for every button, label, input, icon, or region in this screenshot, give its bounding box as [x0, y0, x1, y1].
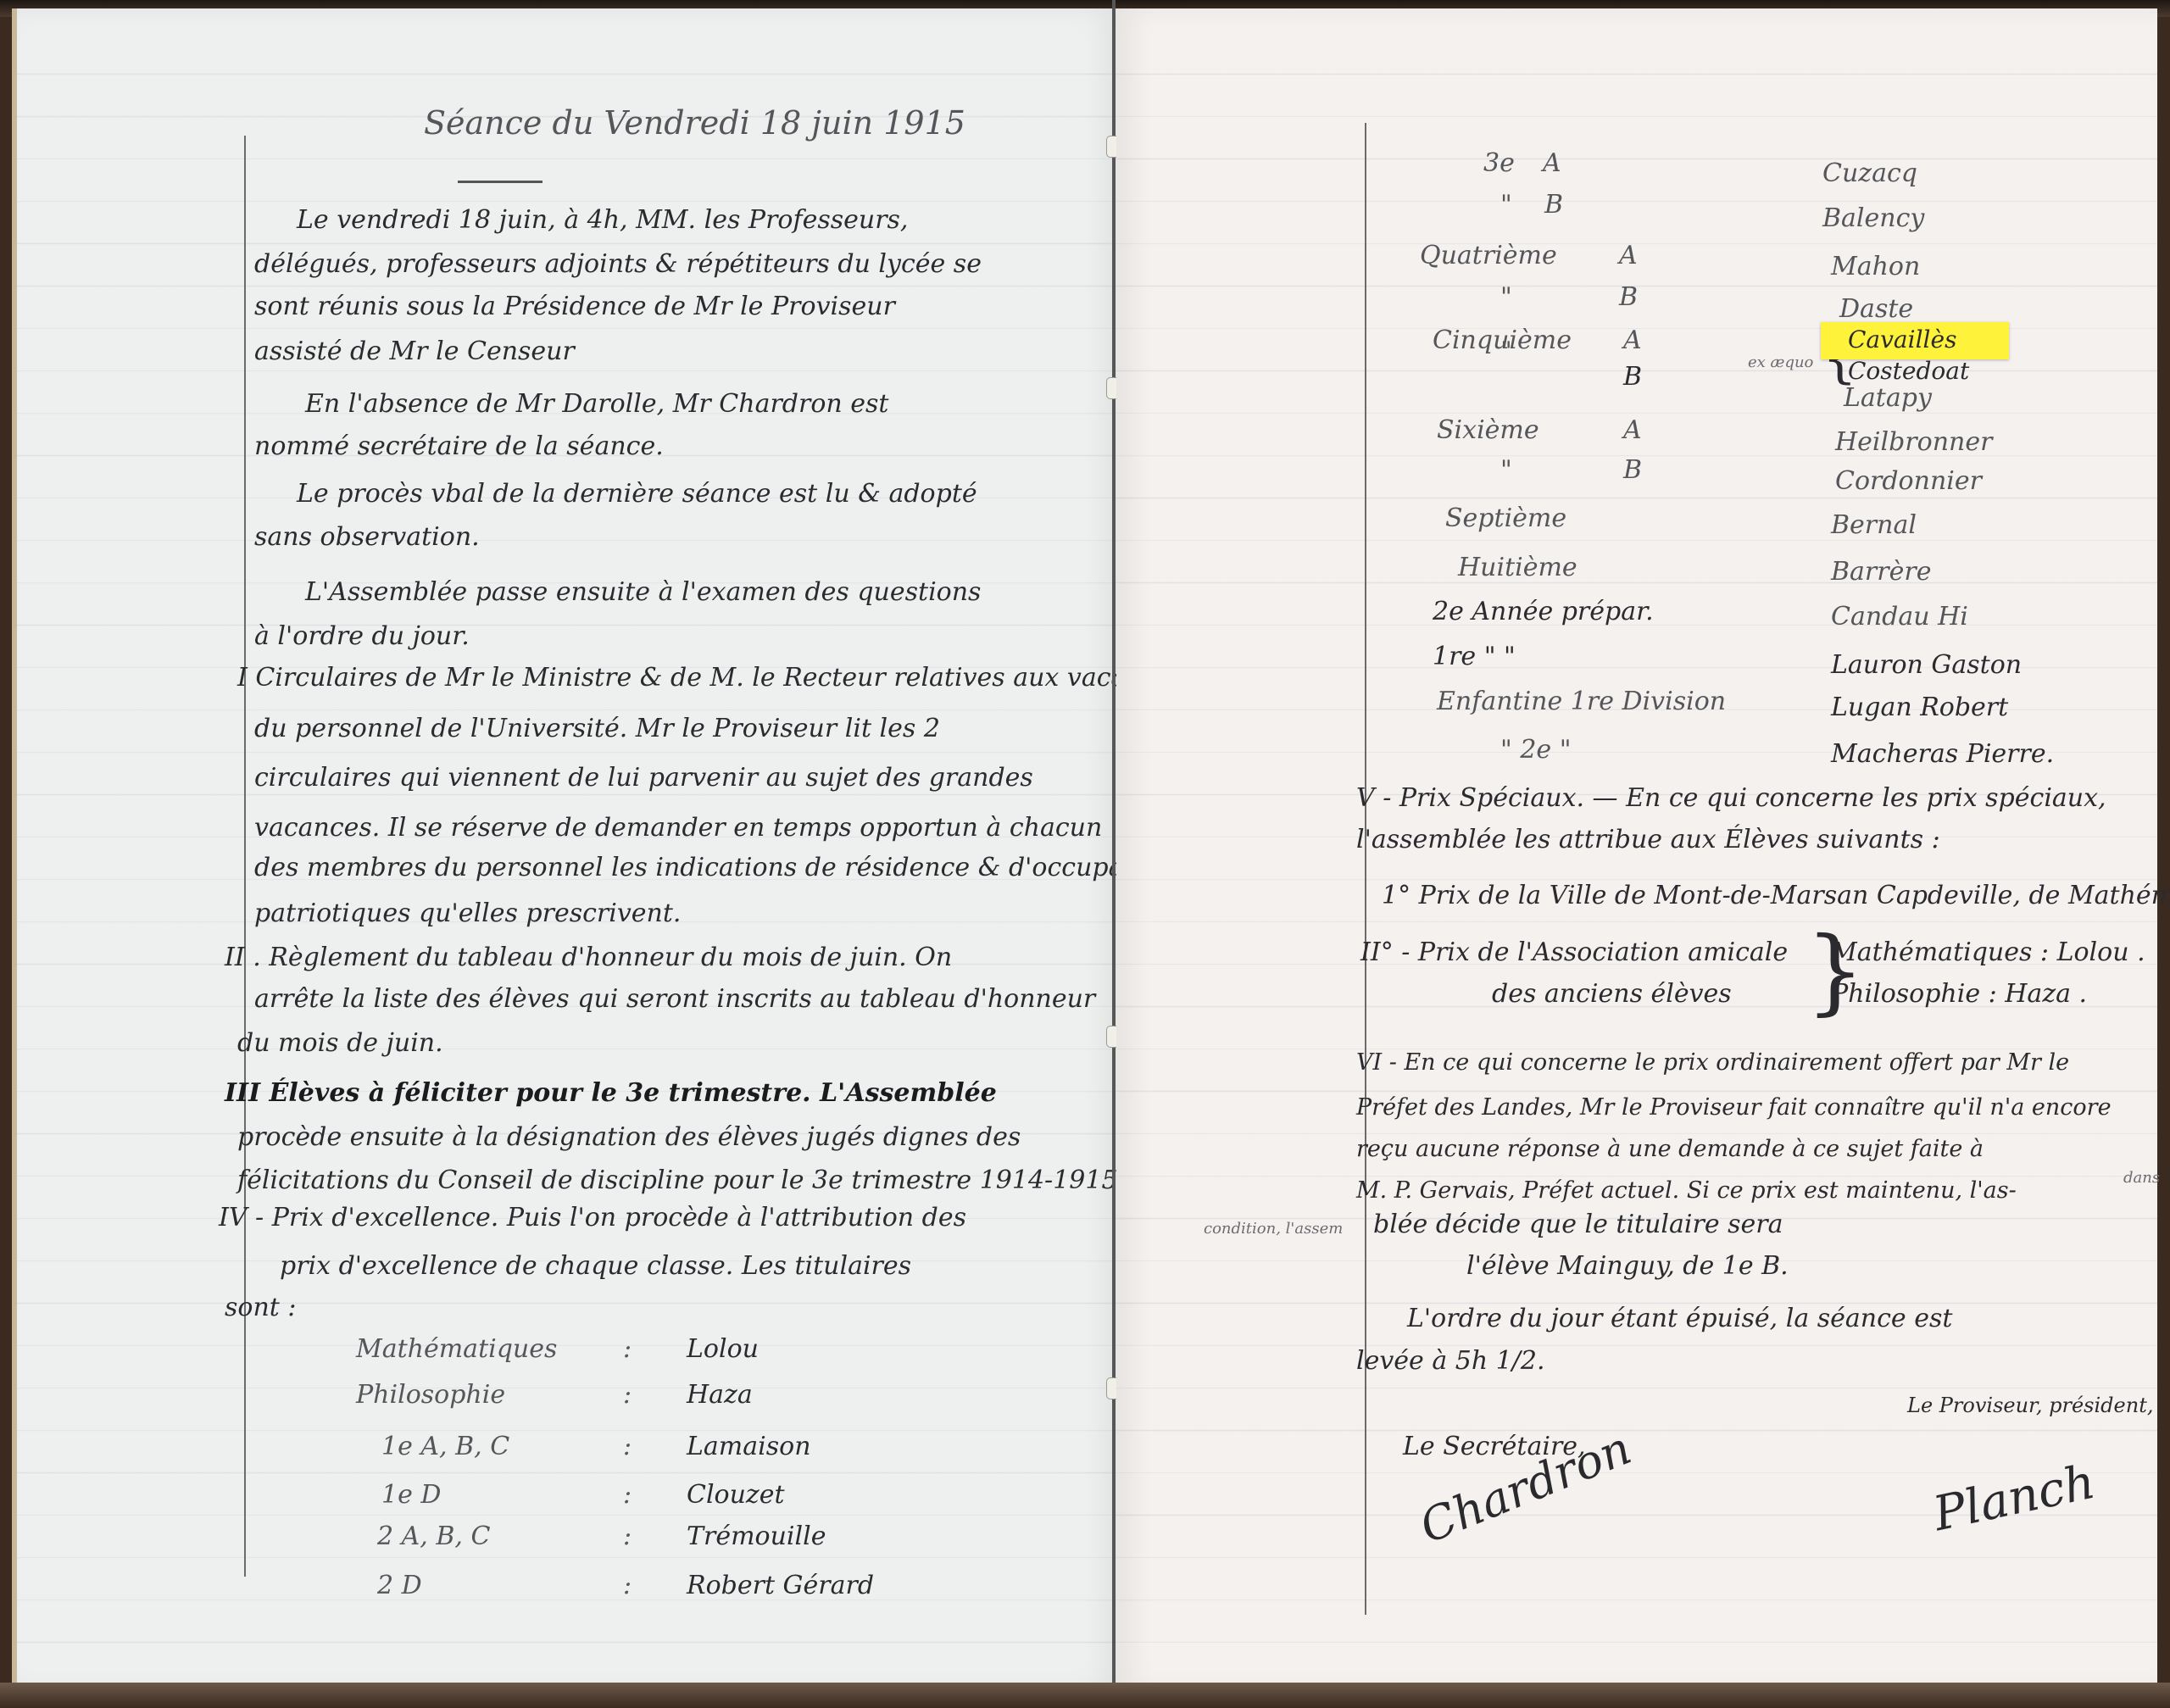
- section-letter: A: [1543, 147, 1561, 181]
- eleve-name: Lugan Robert: [1831, 691, 2008, 725]
- eleve-name: Candau Hi: [1831, 600, 1968, 634]
- eleve-name: Bernal: [1831, 509, 1917, 542]
- paragraph-line: du personnel de l'Université. Mr le Prov…: [254, 712, 940, 746]
- paragraph-line: En l'absence de Mr Darolle, Mr Chardron …: [305, 387, 888, 421]
- eleve-name: Cordonnier: [1835, 465, 1982, 498]
- paragraph-line: Préfet des Landes, Mr le Proviseur fait …: [1356, 1091, 2112, 1125]
- classe-label: ": [1500, 188, 1512, 222]
- section-letter: A: [1623, 324, 1642, 358]
- section-letter: A: [1623, 414, 1642, 448]
- section-letter: B: [1619, 281, 1638, 314]
- eleve-name: Haza: [687, 1378, 753, 1412]
- paragraph-line: blée décide que le titulaire sera: [1373, 1208, 1783, 1242]
- paragraph-line: assisté de Mr le Censeur: [254, 335, 575, 369]
- eleve-name: Trémouille: [687, 1520, 826, 1554]
- eleve-name: Mahon: [1831, 250, 1920, 284]
- exaequo-note: ex æquo: [1748, 346, 1813, 380]
- margin-note: condition, l'assem: [1204, 1212, 1343, 1246]
- paragraph-line: nommé secrétaire de la séance.: [254, 430, 664, 464]
- eleve-name-highlighted: Cavaillès: [1848, 323, 1956, 357]
- paragraph-line: arrête la liste des élèves qui seront in…: [254, 982, 1095, 1016]
- separator: :: [623, 1478, 632, 1512]
- eleve-name: Heilbronner: [1835, 426, 1992, 459]
- paragraph-line: circulaires qui viennent de lui parvenir…: [254, 761, 1033, 795]
- eleve-name: Macheras Pierre.: [1831, 737, 2054, 771]
- page-title: Séance du Vendredi 18 juin 1915: [424, 106, 965, 140]
- section-letter: B: [1623, 360, 1642, 394]
- classe-label: Mathématiques: [356, 1332, 557, 1366]
- section-letter: B: [1623, 453, 1642, 487]
- paragraph-line: Le vendredi 18 juin, à 4h, MM. les Profe…: [297, 203, 908, 237]
- president-label: Le Proviseur, président,: [1907, 1388, 2153, 1422]
- title-underline: [458, 181, 542, 183]
- paragraph-line: L'Assemblée passe ensuite à l'examen des…: [305, 576, 981, 609]
- section-heading-iv: IV - Prix d'excellence. Puis l'on procèd…: [219, 1201, 966, 1235]
- separator: :: [623, 1332, 632, 1366]
- classe-label: Septième: [1445, 502, 1566, 536]
- paragraph-line: reçu aucune réponse à une demande à ce s…: [1356, 1132, 1984, 1166]
- classe-label: 2e Année prépar.: [1433, 595, 1654, 629]
- paragraph-line: l'assemblée les attribue aux Élèves suiv…: [1356, 823, 1940, 857]
- classe-label: 3e: [1483, 147, 1515, 181]
- section-heading-i: I Circulaires de Mr le Ministre & de M. …: [237, 661, 1185, 695]
- separator: :: [623, 1378, 632, 1412]
- association-item: Philosophie : Haza .: [1831, 977, 2087, 1011]
- prix-association-label: II° - Prix de l'Association amicale: [1360, 936, 1788, 970]
- classe-label: Enfantine 1re Division: [1437, 685, 1726, 719]
- prix-ville-line: 1° Prix de la Ville de Mont-de-Marsan Ca…: [1382, 879, 2170, 913]
- paragraph-line: du mois de juin.: [237, 1026, 443, 1060]
- section-heading-v: V - Prix Spéciaux. — En ce qui concerne …: [1356, 782, 2106, 815]
- paragraph-line: M. P. Gervais, Préfet actuel. Si ce prix…: [1356, 1174, 2017, 1208]
- section-heading-iii: III Élèves à féliciter pour le 3e trimes…: [225, 1077, 997, 1110]
- classe-label: Philosophie: [356, 1378, 505, 1412]
- classe-label: ": [1500, 453, 1512, 487]
- paragraph-line: prix d'excellence de chaque classe. Les …: [280, 1249, 911, 1283]
- classe-label: Sixième: [1437, 414, 1539, 448]
- paragraph-line: sont réunis sous la Présidence de Mr le …: [254, 290, 895, 324]
- eleve-name: Robert Gérard: [687, 1569, 874, 1603]
- paragraph-line: patriotiques qu'elles prescrivent.: [254, 897, 681, 931]
- classe-label: " 2e ": [1500, 733, 1572, 767]
- eleve-name: Latapy: [1844, 381, 1932, 415]
- classe-label: Huitième: [1458, 551, 1577, 585]
- eleve-name: Lauron Gaston: [1831, 648, 2022, 682]
- eleve-name: Balency: [1822, 202, 1924, 236]
- association-item: Mathématiques : Lolou .: [1831, 936, 2145, 970]
- book-cover-bottom: [0, 1683, 2170, 1708]
- closing-line: levée à 5h 1/2.: [1356, 1344, 1545, 1378]
- left-page-margin-line: [244, 136, 246, 1577]
- margin-note-small: dans: [2123, 1161, 2160, 1195]
- prix-association-label: des anciens élèves: [1492, 977, 1732, 1011]
- eleve-name: Lolou: [687, 1332, 759, 1366]
- separator: :: [623, 1520, 632, 1554]
- section-letter: B: [1544, 188, 1563, 222]
- eleve-name: Cuzacq: [1822, 157, 1917, 191]
- classe-label: ": [1500, 335, 1512, 369]
- right-page-margin-line: [1365, 123, 1366, 1615]
- paragraph-line: à l'ordre du jour.: [254, 620, 470, 654]
- paragraph-line: l'élève Mainguy, de 1e B.: [1466, 1249, 1789, 1283]
- eleve-name: Lamaison: [687, 1430, 811, 1464]
- classe-label: Quatrième: [1420, 239, 1557, 273]
- paragraph-line: sont :: [225, 1291, 296, 1325]
- section-heading-ii: II . Règlement du tableau d'honneur du m…: [225, 941, 952, 975]
- paragraph-line: félicitations du Conseil de discipline p…: [237, 1164, 1118, 1198]
- classe-label: 2 D: [377, 1569, 422, 1603]
- book-spine: [1112, 0, 1116, 1708]
- eleve-name: Daste: [1839, 292, 1913, 326]
- classe-label: 1re " ": [1433, 640, 1516, 674]
- classe-label: ": [1500, 281, 1512, 314]
- paragraph-line: procède ensuite à la désignation des élè…: [237, 1121, 1021, 1154]
- section-heading-vi: VI - En ce qui concerne le prix ordinair…: [1356, 1046, 2069, 1080]
- classe-label: 1e A, B, C: [381, 1430, 509, 1464]
- paragraph-line: vacances. Il se réserve de demander en t…: [254, 811, 1102, 845]
- closing-line: L'ordre du jour étant épuisé, la séance …: [1407, 1302, 1952, 1336]
- classe-label: 1e D: [381, 1478, 441, 1512]
- section-letter: A: [1619, 239, 1638, 273]
- separator: :: [623, 1430, 632, 1464]
- eleve-name: Barrère: [1831, 555, 1931, 589]
- eleve-name: Clouzet: [687, 1478, 785, 1512]
- paragraph-line: délégués, professeurs adjoints & répétit…: [254, 248, 982, 281]
- classe-label: 2 A, B, C: [377, 1520, 490, 1554]
- separator: :: [623, 1569, 632, 1603]
- paragraph-line: des membres du personnel les indications…: [254, 851, 1187, 885]
- paragraph-line: Le procès vbal de la dernière séance est…: [297, 477, 977, 511]
- paragraph-line: sans observation.: [254, 520, 480, 554]
